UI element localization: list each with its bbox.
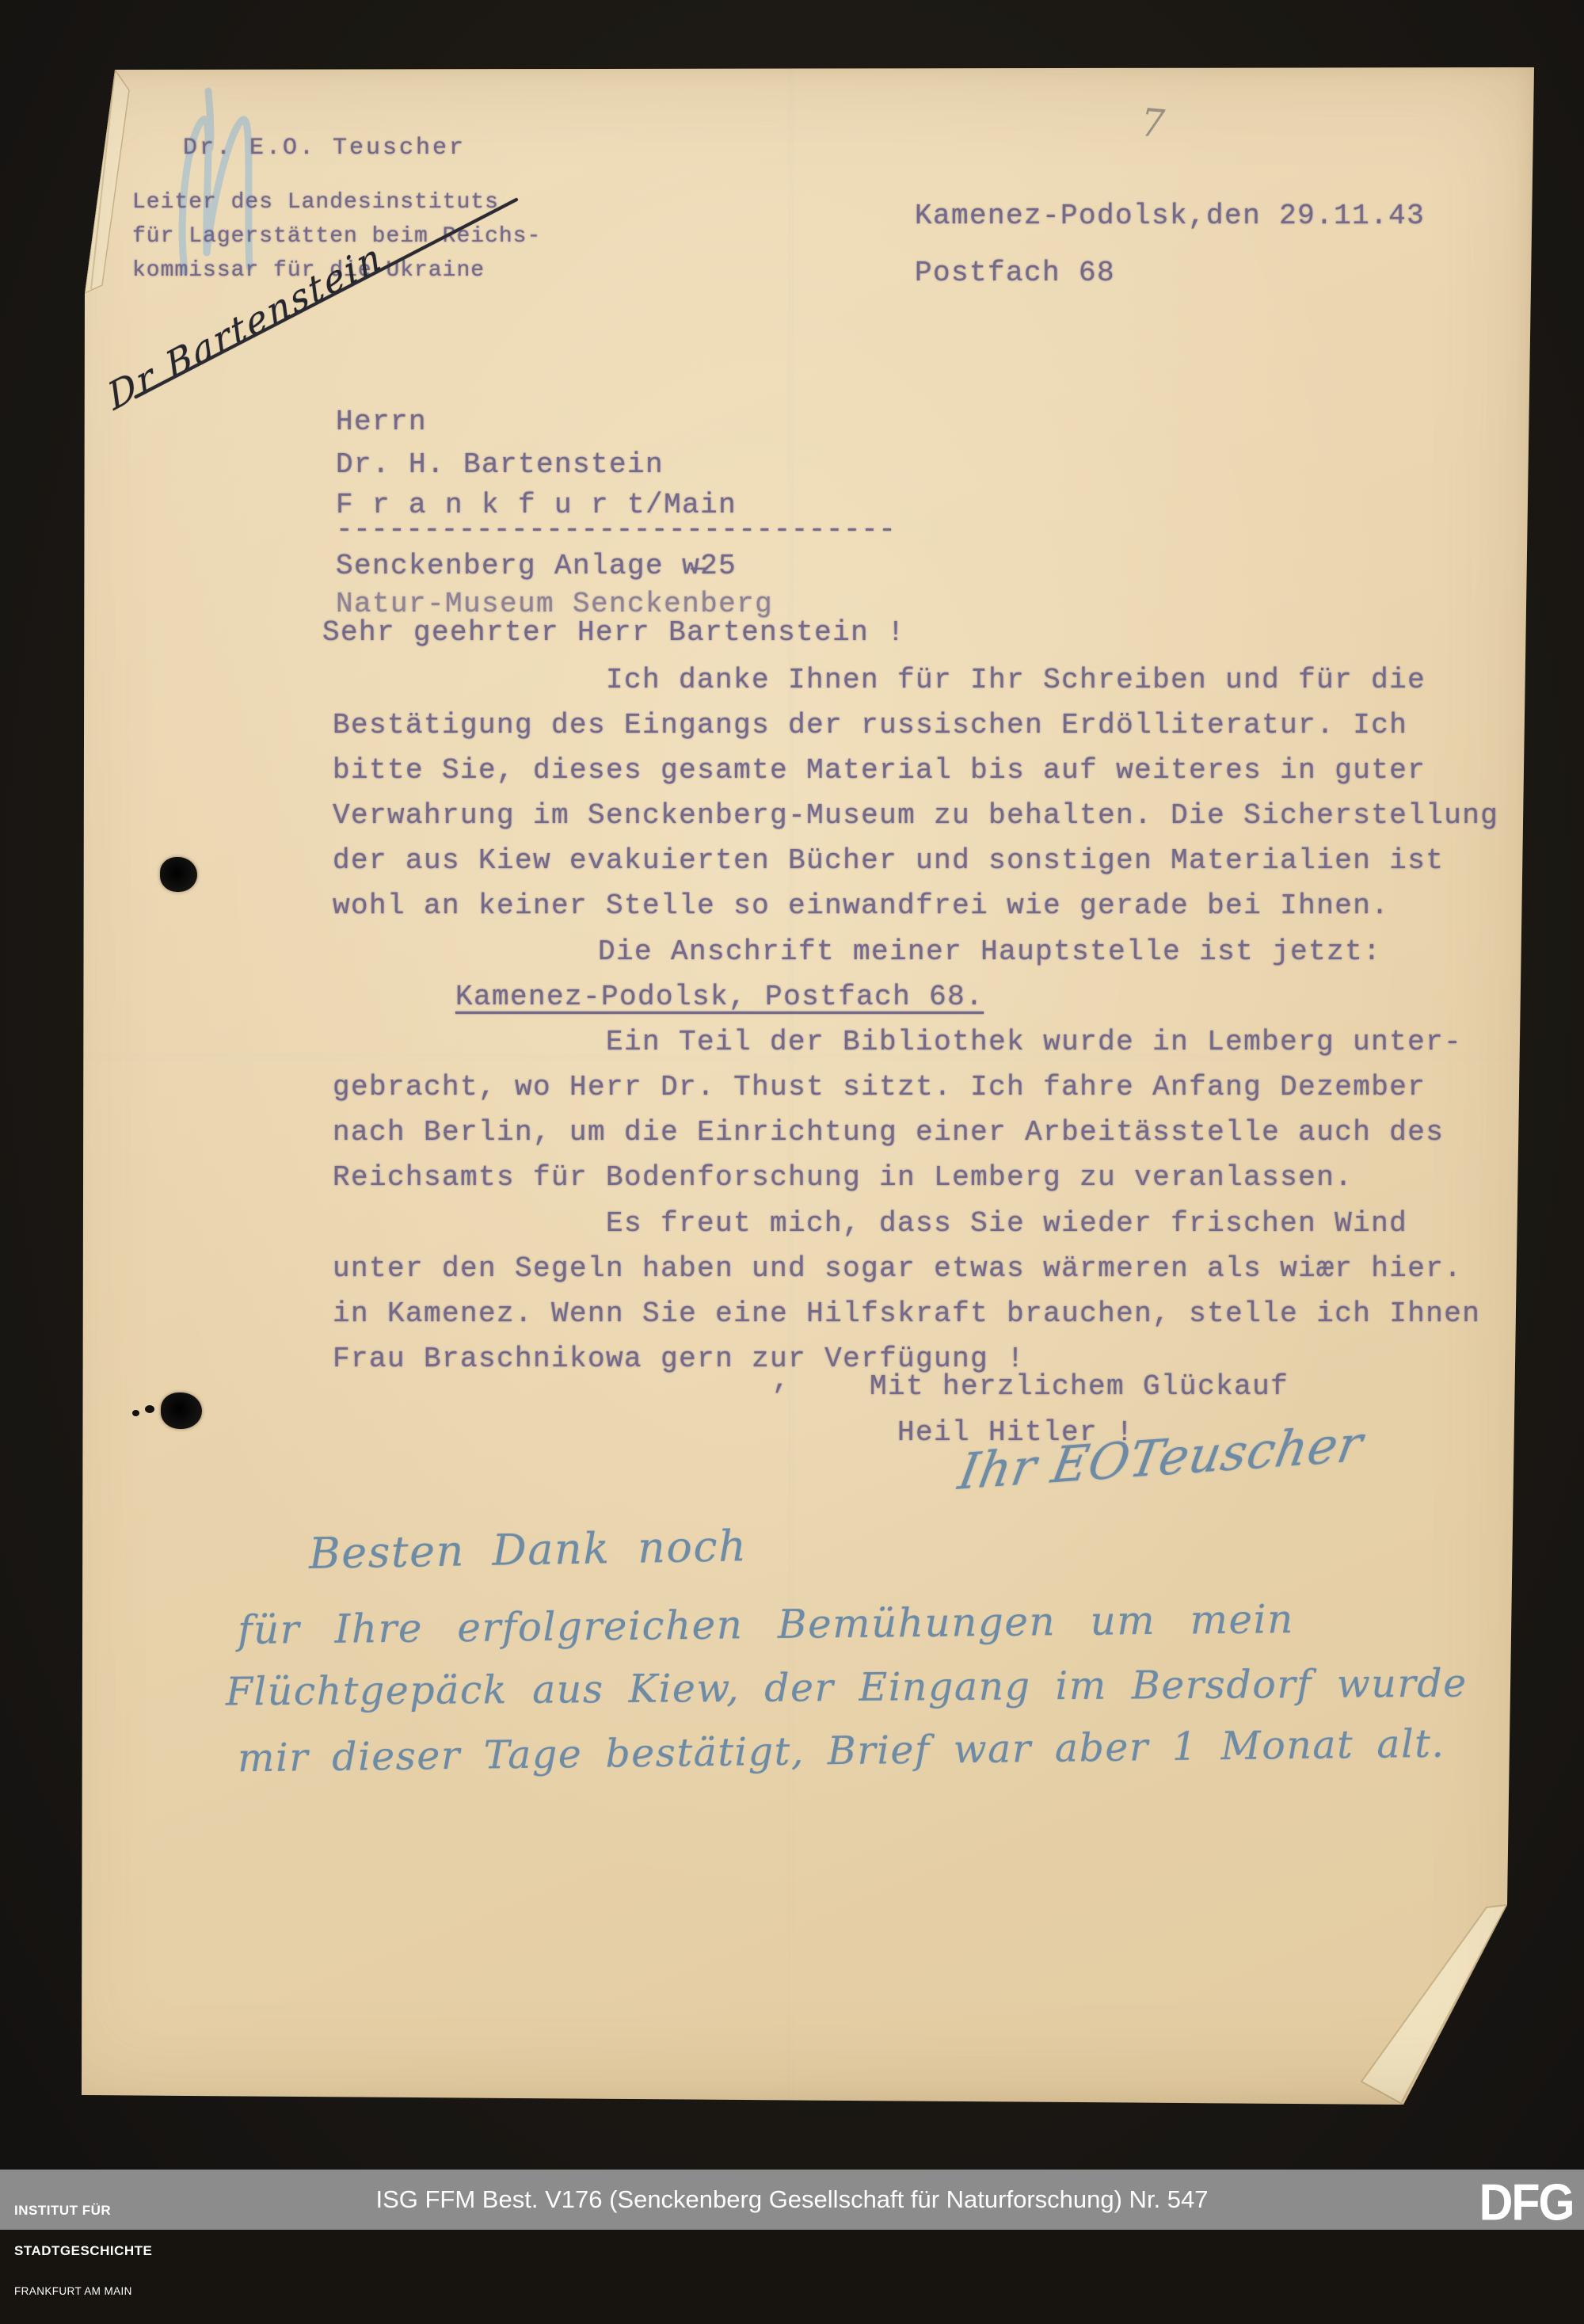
archive-reference-caption: ISG FFM Best. V176 (Senckenberg Gesellsc… (375, 2185, 1208, 2214)
body-line: nach Berlin, um die Einrichtung einer Ar… (333, 1116, 1444, 1149)
recipient-line-street: Senckenberg Anlage w̶25 (336, 550, 737, 582)
bottom-right-fold (1311, 1869, 1548, 2107)
body-line: unter den Segeln haben und sogar etwas w… (333, 1252, 1462, 1285)
body-line: Ein Teil der Bibliothek wurde in Lemberg… (606, 1026, 1462, 1058)
body-line: bitte Sie, dieses gesamte Material bis a… (333, 754, 1426, 787)
paper-speck (132, 1410, 139, 1416)
body-line: wohl an keiner Stelle so einwandfrei wie… (333, 890, 1389, 922)
institute-logo-text: INSTITUT FÜR STADTGESCHICHTE FRANKFURT A… (14, 2177, 152, 2230)
letter-sheet: 7 Dr. E.O. Teuscher Leiter des Landesins… (44, 63, 1535, 2105)
postscript-line: Flüchtgepäck aus Kiew, der Eingang im Be… (226, 1661, 1468, 1715)
body-line: Bestätigung des Eingangs der russischen … (333, 709, 1407, 741)
recipient-underline-dashes: -------------------------------- (336, 513, 896, 546)
postscript-line: mir dieser Tage bestätigt, Brief war abe… (238, 1721, 1445, 1781)
body-line: der aus Kiew evakuierten Bücher und sons… (333, 844, 1444, 877)
postscript-line: für Ihre erfolgreichen Bemühungen um mei… (238, 1596, 1294, 1653)
body-line-address-underlined: Kamenez-Podolsk, Postfach 68. (455, 981, 984, 1013)
archive-footer-bar: INSTITUT FÜR STADTGESCHICHTE FRANKFURT A… (0, 2170, 1584, 2230)
dfg-logo: DFG (1479, 2173, 1573, 2230)
body-line: Die Anschrift meiner Hauptstelle ist jet… (598, 935, 1381, 968)
dateline: Kamenez-Podolsk,den 29.11.43 (915, 200, 1425, 232)
postbox-line: Postfach 68 (915, 257, 1115, 289)
punch-hole-bottom (161, 1392, 202, 1429)
photo-background: 7 Dr. E.O. Teuscher Leiter des Landesins… (0, 0, 1584, 2230)
recipient-line-museum: Natur-Museum Senckenberg (336, 588, 773, 620)
closing-line-glueckauf: Mit herzlichem Glückauf (870, 1370, 1289, 1403)
recipient-line-herrn: Herrn (336, 406, 427, 438)
pencil-page-number: 7 (1135, 101, 1170, 147)
letterhead-name: Dr. E.O. Teuscher (183, 135, 466, 162)
body-line: gebracht, wo Herr Dr. Thust sitzt. Ich f… (333, 1071, 1426, 1103)
paper-speck (145, 1405, 154, 1413)
body-line: Verwahrung im Senckenberg-Museum zu beha… (333, 799, 1498, 832)
closing-comma: , (772, 1364, 790, 1396)
body-line: Reichsamts für Bodenforschung in Lemberg… (333, 1161, 1353, 1194)
blue-pencil-paraph (154, 75, 329, 281)
body-line: in Kamenez. Wenn Sie eine Hilfskraft bra… (333, 1297, 1480, 1330)
recipient-line-name: Dr. H. Bartenstein (336, 448, 664, 481)
punch-hole-top (160, 857, 197, 892)
salutation: Sehr geehrter Herr Bartenstein ! (322, 616, 905, 649)
body-line: Ich danke Ihnen für Ihr Schreiben und fü… (606, 664, 1426, 696)
postscript-line: Besten Dank noch (308, 1521, 747, 1579)
institute-line-1: INSTITUT FÜR (14, 2204, 152, 2218)
body-line: Es freut mich, dass Sie wieder frischen … (606, 1207, 1407, 1240)
